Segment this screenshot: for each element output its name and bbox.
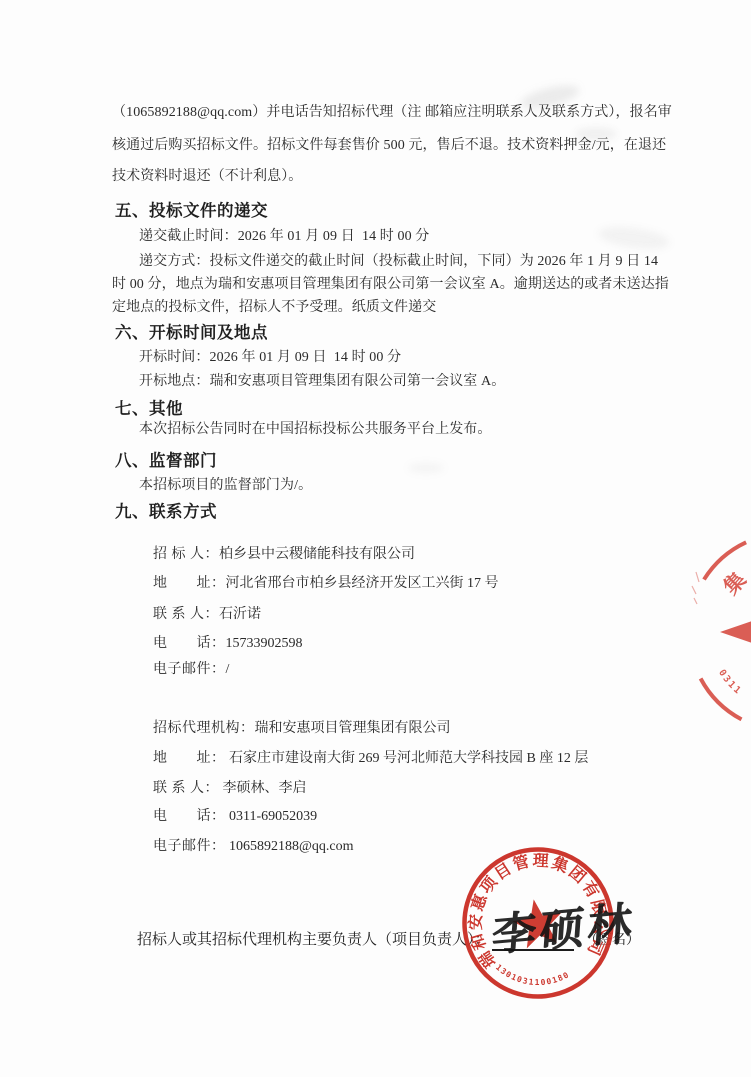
edge-seal-char: 集 bbox=[719, 568, 751, 600]
section5-line: 递交方式：投标文件递交的截止时间（投标截止时间，下同）为 2026 年 1 月 … bbox=[139, 252, 658, 271]
section-heading-7: 七、其他 bbox=[115, 395, 183, 419]
section8-line: 本招标项目的监督部门为/。 bbox=[139, 476, 312, 495]
scan-smudge bbox=[408, 463, 444, 473]
signature-label: 招标人或其招标代理机构主要负责人（项目负责人）： bbox=[137, 928, 490, 949]
section-heading-5: 五、投标文件的递交 bbox=[115, 197, 268, 221]
field-value: 1065892188@qq.com bbox=[226, 839, 354, 854]
field-value: 河北省邢台市柏乡县经济开发区工兴街 17 号 bbox=[226, 576, 499, 591]
section6-line: 开标地点：瑞和安惠项目管理集团有限公司第一会议室 A。 bbox=[139, 372, 505, 391]
field-label: 电子邮件： bbox=[153, 839, 226, 854]
intro-line: （1065892188@qq.com）并电话告知招标代理（注 邮箱应注明联系人及… bbox=[112, 103, 672, 122]
intro-line: 技术资料时退还（不计利息）。 bbox=[112, 167, 302, 186]
section5-line: 定地点的投标文件，招标人不予受理。纸质文件递交 bbox=[112, 298, 436, 317]
section6-line: 开标时间：2026 年 01 月 09 日 14 时 00 分 bbox=[139, 348, 401, 367]
scanned-document-page: （1065892188@qq.com）并电话告知招标代理（注 邮箱应注明联系人及… bbox=[0, 0, 751, 1077]
intro-line: 核通过后购买招标文件。招标文件每套售价 500 元，售后不退。技术资料押金/元，… bbox=[112, 136, 666, 155]
edge-seal-code: 0311 bbox=[716, 668, 744, 698]
section-heading-8: 八、监督部门 bbox=[115, 447, 217, 471]
bidder-field: 电子邮件：/ bbox=[139, 642, 229, 694]
section5-line: 时 00 分，地点为瑞和安惠项目管理集团有限公司第一会议室 A。逾期送达的或者未… bbox=[112, 275, 669, 294]
field-value: / bbox=[226, 662, 230, 677]
edge-seal-marks bbox=[692, 572, 699, 604]
signature-handwriting: 李硕林 bbox=[490, 886, 638, 963]
scan-smudge bbox=[597, 223, 671, 253]
agency-field: 电子邮件： 1065892188@qq.com bbox=[139, 819, 354, 871]
section-heading-9: 九、联系方式 bbox=[115, 498, 217, 522]
field-value: 15733902598 bbox=[226, 636, 303, 651]
field-label: 电子邮件： bbox=[153, 662, 226, 677]
section5-line: 递交截止时间：2026 年 01 月 09 日 14 时 00 分 bbox=[139, 227, 429, 246]
edge-seal: 集 0311 bbox=[670, 528, 751, 738]
section7-line: 本次招标公告同时在中国招标投标公共服务平台上发布。 bbox=[139, 420, 492, 439]
section-heading-6: 六、开标时间及地点 bbox=[115, 319, 268, 343]
